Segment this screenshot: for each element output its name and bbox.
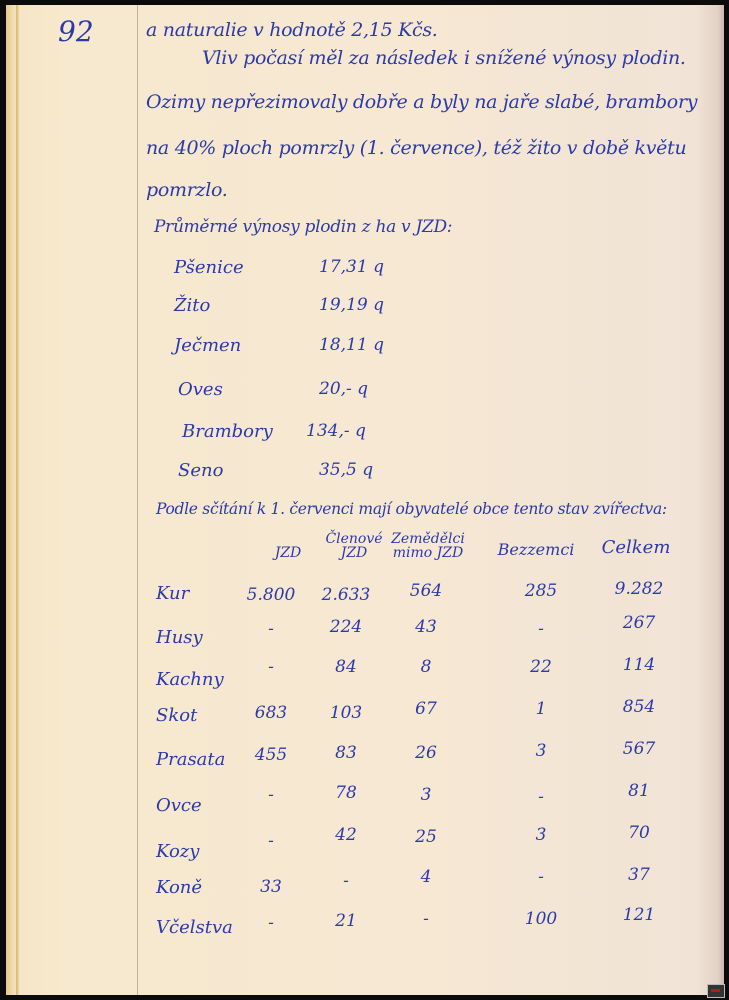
cell: 567 [604, 739, 674, 759]
cell: - [236, 913, 306, 933]
census-heading: Podle sčítání k 1. červenci mají obyvate… [156, 500, 667, 518]
cell: - [391, 909, 461, 929]
cell: 5.800 [236, 585, 306, 605]
crop-yield: 19,19 q [319, 295, 384, 315]
cell: 22 [506, 657, 576, 677]
cell: 4 [391, 867, 461, 887]
crop-name: Žito [174, 295, 210, 316]
row-label: Včelstva [156, 917, 233, 938]
row-label: Prasata [156, 749, 225, 770]
column-header: Členové JZD [324, 532, 384, 560]
cell: 3 [391, 785, 461, 805]
cell: 70 [604, 823, 674, 843]
cell: - [506, 619, 576, 639]
cell: 21 [311, 911, 381, 931]
row-label: Husy [156, 627, 203, 648]
row-label: Kozy [156, 841, 199, 862]
cell: 100 [506, 909, 576, 929]
cell: 121 [604, 905, 674, 925]
cell: 267 [604, 613, 674, 633]
crop-name: Ječmen [174, 335, 241, 356]
crop-name: Oves [178, 379, 223, 400]
cell: 83 [311, 743, 381, 763]
cell: 25 [391, 827, 461, 847]
cell: 2.633 [311, 585, 381, 605]
cell: 37 [604, 865, 674, 885]
paragraph-line: pomrzlo. [146, 179, 228, 201]
cell: - [236, 657, 306, 677]
cell: 42 [311, 825, 381, 845]
cell: 114 [604, 655, 674, 675]
crop-name: Pšenice [174, 257, 244, 278]
crop-yield: 35,5 q [319, 460, 373, 480]
cell: 43 [391, 617, 461, 637]
cell: 81 [604, 781, 674, 801]
column-header: JZD [258, 546, 318, 560]
cell: - [236, 831, 306, 851]
cell: 8 [391, 657, 461, 677]
row-label: Kur [156, 583, 189, 604]
cell: 9.282 [604, 579, 674, 599]
yields-heading: Průměrné výnosy plodin z ha v JZD: [154, 217, 452, 237]
cell: - [506, 787, 576, 807]
column-header: Zemědělci mimo JZD [390, 532, 466, 560]
cell: 854 [604, 697, 674, 717]
cell: 26 [391, 743, 461, 763]
paragraph-line: Vliv počasí měl za následek i snížené vý… [202, 47, 686, 69]
crop-yield: 134,- q [306, 421, 366, 441]
cell: 683 [236, 703, 306, 723]
cell: 103 [311, 703, 381, 723]
cell: 3 [506, 825, 576, 845]
crop-name: Seno [178, 460, 223, 481]
cell: 455 [236, 745, 306, 765]
cell: 67 [391, 699, 461, 719]
handwritten-page: 92 a naturalie v hodnotě 2,15 Kčs. Vliv … [6, 5, 724, 995]
cell: 564 [391, 581, 461, 601]
cell: 33 [236, 877, 306, 897]
page-number: 92 [58, 15, 94, 48]
row-label: Koně [156, 877, 202, 898]
cell: 285 [506, 581, 576, 601]
crop-yield: 17,31 q [319, 257, 384, 277]
cell: 3 [506, 741, 576, 761]
paragraph-line: a naturalie v hodnotě 2,15 Kčs. [146, 19, 438, 41]
close-button[interactable] [707, 984, 725, 998]
column-header: Celkem [596, 541, 676, 555]
crop-yield: 18,11 q [319, 335, 384, 355]
cell: 224 [311, 617, 381, 637]
cell: 84 [311, 657, 381, 677]
crop-yield: 20,- q [319, 379, 368, 399]
cell: - [311, 871, 381, 891]
minus-icon [711, 989, 720, 992]
cell: 78 [311, 783, 381, 803]
row-label: Kachny [156, 669, 224, 690]
paragraph-line: Ozimy nepřezimovaly dobře a byly na jaře… [146, 91, 697, 113]
crop-name: Brambory [182, 421, 273, 442]
row-label: Ovce [156, 795, 202, 816]
cell: - [506, 867, 576, 887]
column-header: Bezzemci [496, 543, 576, 557]
row-label: Skot [156, 705, 197, 726]
cell: - [236, 785, 306, 805]
cell: 1 [506, 699, 576, 719]
margin-line [137, 5, 138, 995]
cell: - [236, 619, 306, 639]
paragraph-line: na 40% ploch pomrzly (1. července), též … [146, 137, 686, 159]
